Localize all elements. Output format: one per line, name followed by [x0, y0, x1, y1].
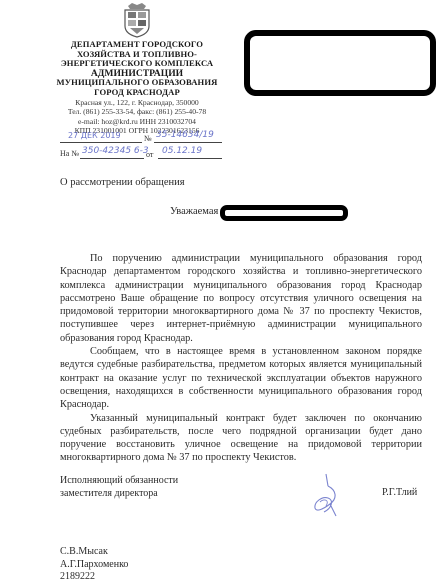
from-date: 05.12.19 [162, 146, 202, 156]
position-line-1: Исполняющий обязанности [60, 474, 178, 487]
coat-of-arms-icon [120, 2, 154, 38]
executor-1: С.В.Мысак [60, 546, 128, 559]
paragraph-1: По поручению администрации муниципальног… [60, 252, 422, 345]
signatory-position: Исполняющий обязанности заместителя дире… [60, 474, 178, 500]
outgoing-number: 35-14634/19 [156, 130, 214, 140]
executors: С.В.Мысак А.Г.Пархоменко 2189222 [60, 546, 128, 582]
from-label: от [146, 150, 153, 159]
reply-to-label: На № [60, 149, 79, 158]
executor-phone: 2189222 [60, 571, 128, 582]
paragraph-2: Сообщаем, что в настоящее время в устано… [60, 345, 422, 411]
redacted-addressee [244, 30, 436, 96]
reply-to-number: 350-42345 6-3 [82, 146, 149, 156]
subject-line: О рассмотрении обращения [60, 177, 185, 188]
outgoing-registration: 27 ДЕК 2019 № 35-14634/19 На № 350-42345… [60, 132, 225, 160]
salutation: Уважаемая [170, 206, 218, 217]
redacted-name [220, 205, 348, 221]
position-line-2: заместителя директора [60, 487, 178, 500]
signatory-name: Р.Г.Тлий [382, 486, 417, 499]
number-label: № [144, 134, 152, 143]
paragraph-3: Указанный муниципальный контракт будет з… [60, 412, 422, 465]
executor-2: А.Г.Пархоменко [60, 559, 128, 572]
municipality-line-2: ГОРОД КРАСНОДАР [52, 88, 222, 98]
email-inn: e-mail: hoz@krd.ru ИНН 2310032704 [52, 117, 222, 127]
letterhead: ДЕПАРТАМЕНТ ГОРОДСКОГО ХОЗЯЙСТВА И ТОПЛИ… [52, 40, 222, 136]
letter-body: По поручению администрации муниципальног… [60, 252, 422, 465]
phone-fax: Тел. (861) 255-33-54, факс: (861) 255-40… [52, 107, 222, 117]
address: Красная ул., 122, г. Краснодар, 350000 [52, 98, 222, 108]
signature-icon [312, 472, 342, 523]
